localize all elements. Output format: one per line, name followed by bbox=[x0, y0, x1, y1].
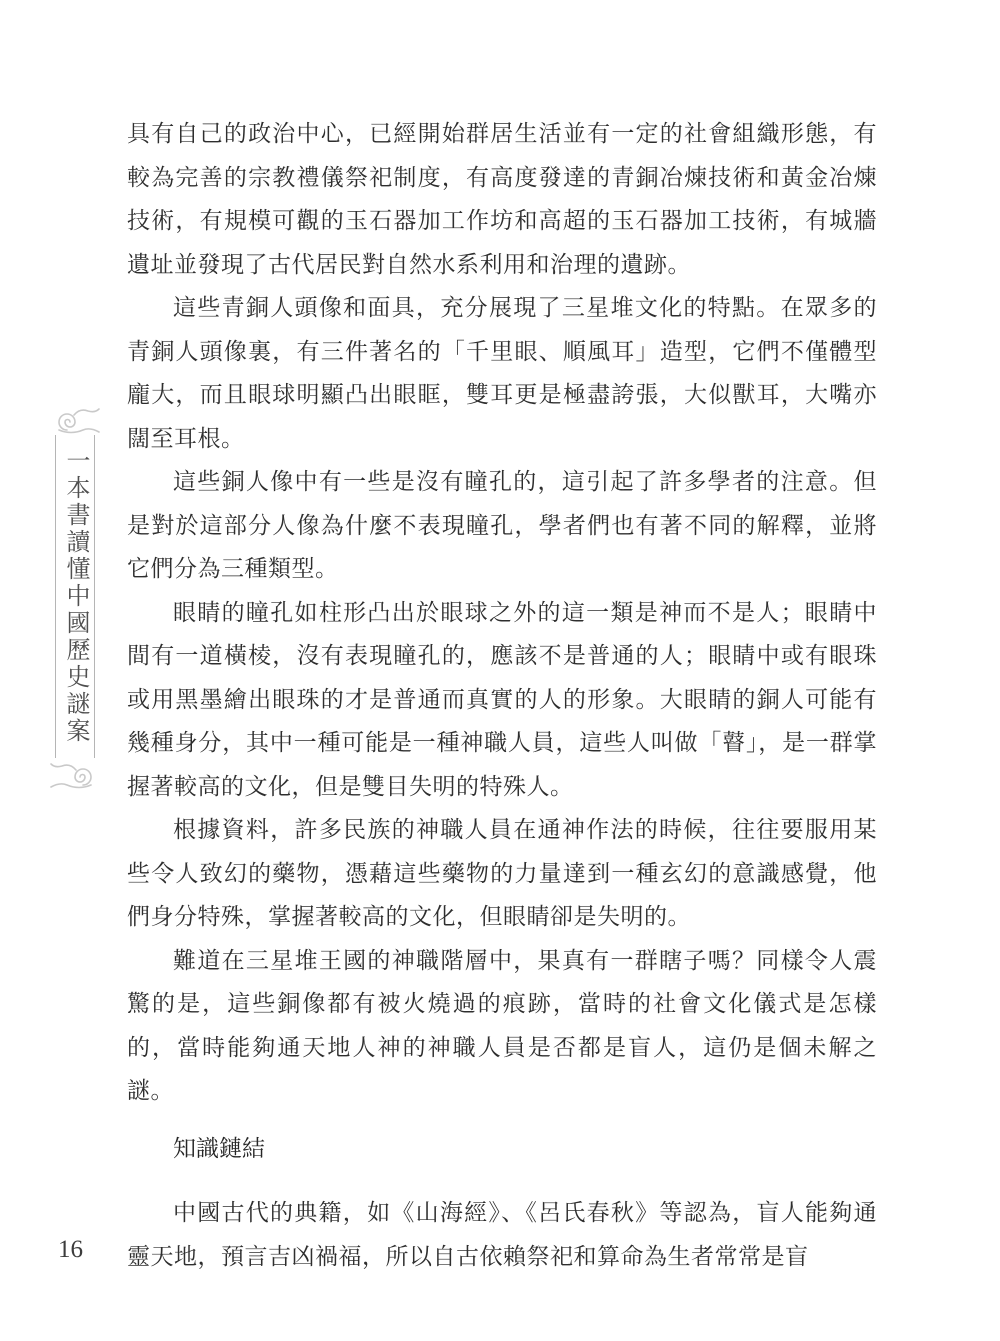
page-content: 具有自己的政治中心，已經開始群居生活並有一定的社會組織形態，有較為完善的宗教禮儀… bbox=[127, 112, 877, 1278]
body-paragraph: 具有自己的政治中心，已經開始群居生活並有一定的社會組織形態，有較為完善的宗教禮儀… bbox=[127, 112, 877, 286]
cloud-ornament-icon bbox=[47, 404, 103, 434]
section-heading-knowledge-link: 知識鏈結 bbox=[127, 1127, 877, 1171]
book-title-vertical: 一本書讀懂中國歷史謎案 bbox=[63, 448, 87, 745]
body-paragraph: 根據資料，許多民族的神職人員在通神作法的時候，往往要服用某些令人致幻的藥物，憑藉… bbox=[127, 808, 877, 939]
body-paragraph: 中國古代的典籍，如《山海經》、《呂氏春秋》等認為，盲人能夠通靈天地，預言吉凶禍福… bbox=[127, 1191, 877, 1278]
body-paragraph: 難道在三星堆王國的神職階層中，果真有一群瞎子嗎？同樣令人震驚的是，這些銅像都有被… bbox=[127, 939, 877, 1113]
book-title-sidebar: 一本書讀懂中國歷史謎案 bbox=[46, 404, 104, 789]
body-paragraph: 這些青銅人頭像和面具，充分展現了三星堆文化的特點。在眾多的青銅人頭像裏，有三件著… bbox=[127, 286, 877, 460]
body-paragraph: 眼睛的瞳孔如柱形凸出於眼球之外的這一類是神而不是人；眼睛中間有一道橫棱，沒有表現… bbox=[127, 591, 877, 809]
book-title-rail: 一本書讀懂中國歷史謎案 bbox=[55, 435, 95, 758]
book-page: 一本書讀懂中國歷史謎案 具有自己的政治中心，已經開始群居生活並有一定的社會組織形… bbox=[0, 0, 1000, 1341]
cloud-ornament-icon bbox=[47, 759, 103, 789]
body-paragraph: 這些銅人像中有一些是沒有瞳孔的，這引起了許多學者的注意。但是對於這部分人像為什麼… bbox=[127, 460, 877, 591]
page-number: 16 bbox=[58, 1236, 83, 1264]
